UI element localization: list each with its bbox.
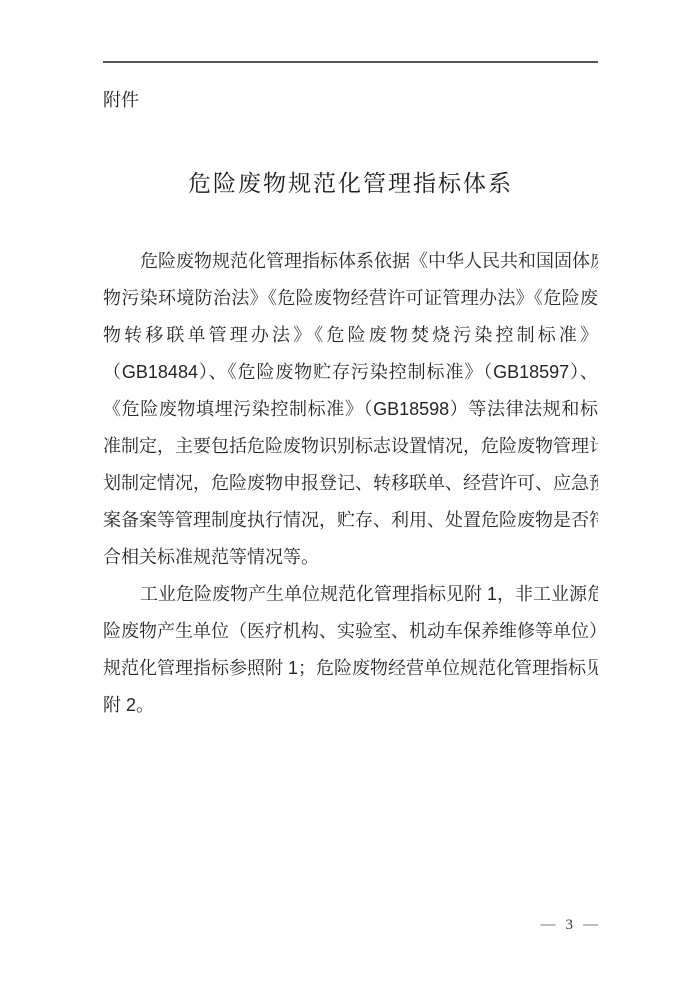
document-page: 附件 危险废物规范化管理指标体系 危险废物规范化管理指标体系依据《中华人民共和国…: [0, 0, 700, 990]
paragraph-2-line-1: 工业危险废物产生单位规范化管理指标见附 1，非工业源危: [103, 576, 598, 613]
footer-left-dash: —: [541, 916, 556, 933]
document-body: 危险废物规范化管理指标体系依据《中华人民共和国固体废 物污染环境防治法》《危险废…: [103, 243, 598, 724]
header-rule: [103, 61, 598, 63]
footer-right-dash: —: [583, 916, 598, 933]
page-number: 3: [566, 917, 574, 933]
paragraph-1-line-1: 危险废物规范化管理指标体系依据《中华人民共和国固体废: [103, 243, 598, 280]
paragraph-2-line-2: 险废物产生单位（医疗机构、实验室、机动车保养维修等单位）: [103, 613, 598, 650]
paragraph-1: 危险废物规范化管理指标体系依据《中华人民共和国固体废 物污染环境防治法》《危险废…: [103, 243, 598, 576]
paragraph-2-line-4: 附 2。: [103, 687, 598, 724]
paragraph-1-line-8: 案备案等管理制度执行情况，贮存、利用、处置危险废物是否符: [103, 502, 598, 539]
paragraph-1-line-9: 合相关标准规范等情况等。: [103, 539, 598, 576]
paragraph-1-line-7: 划制定情况，危险废物申报登记、转移联单、经营许可、应急预: [103, 465, 598, 502]
paragraph-2-line-3: 规范化管理指标参照附 1；危险废物经营单位规范化管理指标见: [103, 650, 598, 687]
document-title: 危险废物规范化管理指标体系: [103, 167, 598, 199]
page-number-footer: —3—: [541, 915, 599, 935]
paragraph-2: 工业危险废物产生单位规范化管理指标见附 1，非工业源危 险废物产生单位（医疗机构…: [103, 576, 598, 724]
paragraph-1-line-5: 《危险废物填埋污染控制标准》（GB18598）等法律法规和标: [103, 391, 598, 428]
attachment-label: 附件: [103, 88, 139, 112]
paragraph-1-line-2: 物污染环境防治法》《危险废物经营许可证管理办法》《危险废: [103, 280, 598, 317]
paragraph-1-line-4: （GB18484）、《危险废物贮存污染控制标准》（GB18597）、: [103, 354, 598, 391]
paragraph-1-line-6: 准制定，主要包括危险废物识别标志设置情况，危险废物管理计: [103, 428, 598, 465]
paragraph-1-line-3: 物转移联单管理办法》《危险废物焚烧污染控制标准》: [103, 317, 598, 354]
